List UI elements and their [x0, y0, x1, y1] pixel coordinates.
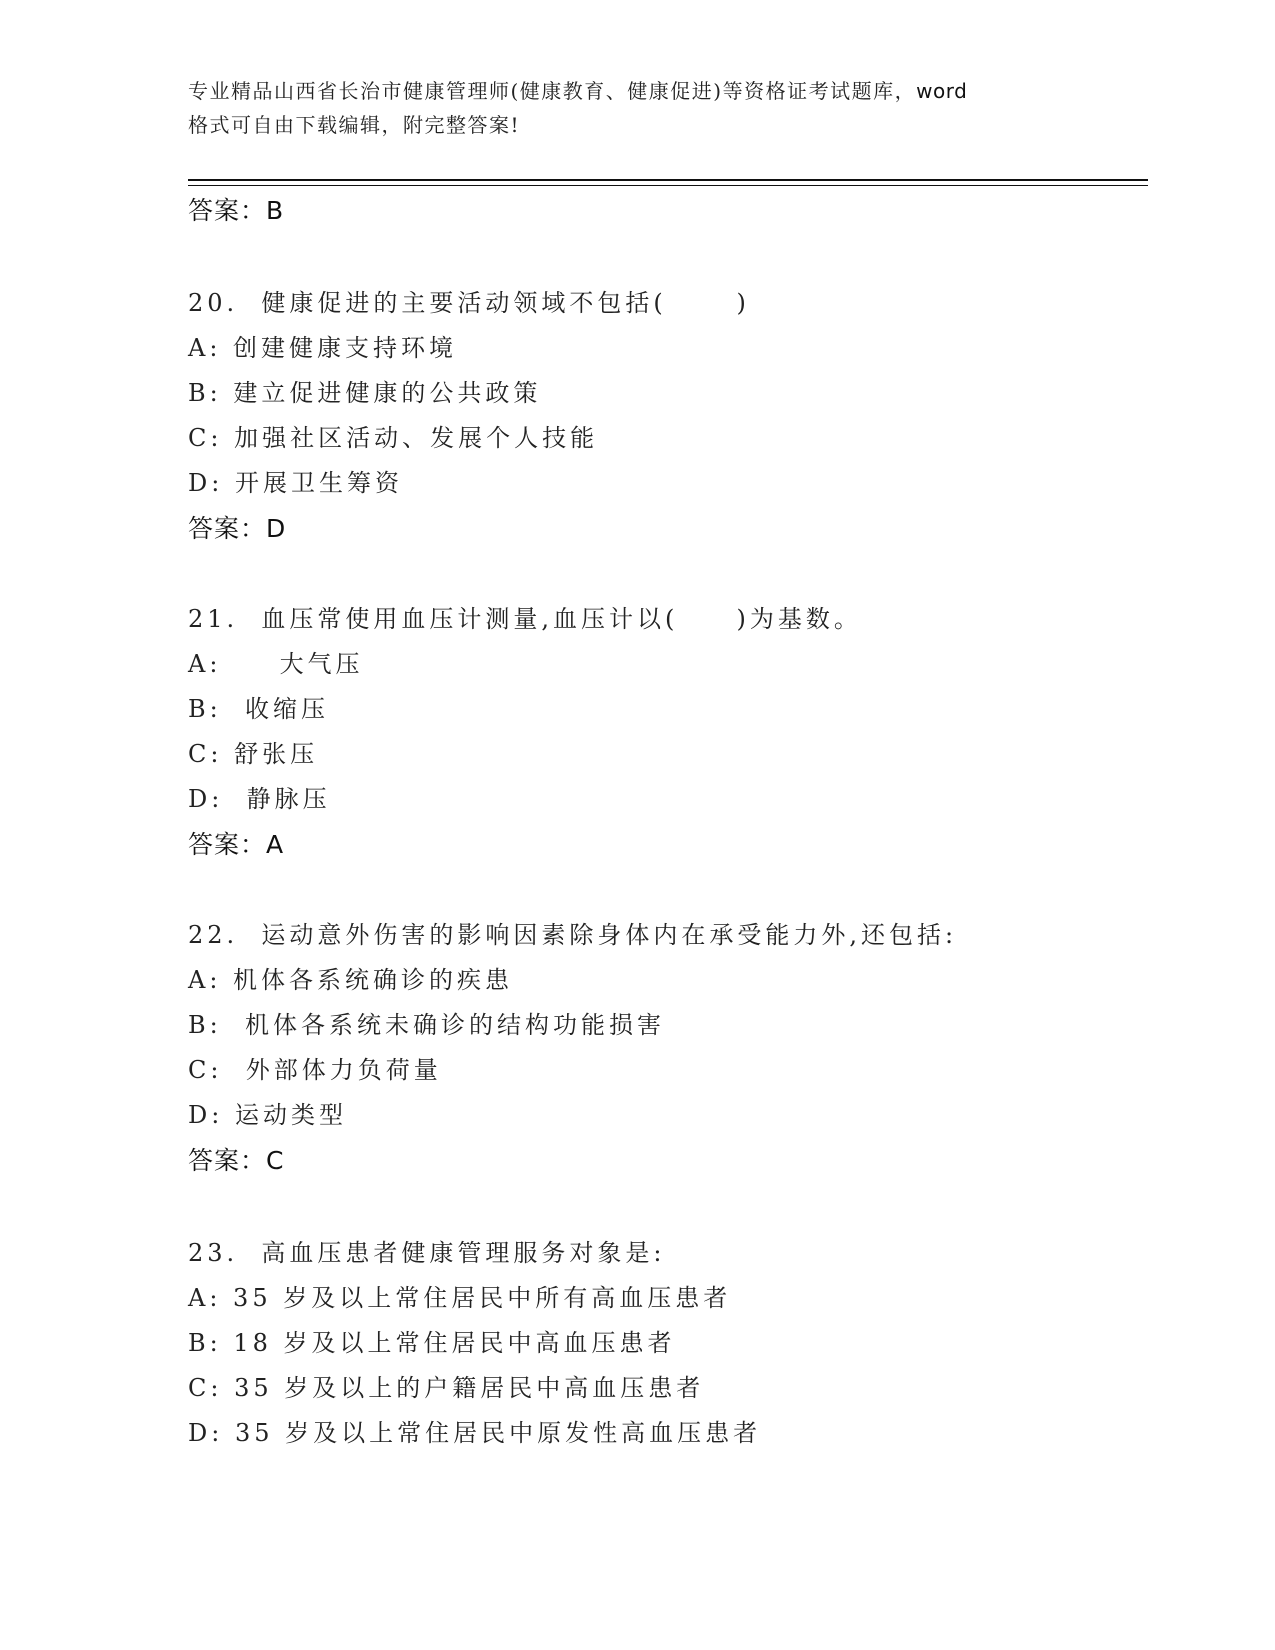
question-stem: 21. 血压常使用血压计测量,血压计以( )为基数。: [188, 604, 862, 634]
previous-answer: 答案：B: [188, 196, 284, 226]
header-line-2: 格式可自由下载编辑，附完整答案!: [188, 108, 1088, 142]
question-stem: 20. 健康促进的主要活动领域不包括( ): [188, 288, 750, 318]
header-line-1: 专业精品山西省长治市健康管理师(健康教育、健康促进)等资格证考试题库，word: [188, 74, 1088, 108]
option-b: B: 建立促进健康的公共政策: [188, 378, 541, 408]
option-a: A: 机体各系统确诊的疾患: [188, 965, 513, 995]
question-stem: 23. 高血压患者健康管理服务对象是:: [188, 1238, 666, 1268]
option-b: B: 机体各系统未确诊的结构功能损害: [188, 1010, 665, 1040]
option-a: A: 35 岁及以上常住居民中所有高血压患者: [188, 1283, 731, 1313]
option-c: C: 加强社区活动、发展个人技能: [188, 423, 598, 453]
option-d: D: 35 岁及以上常住居民中原发性高血压患者: [188, 1418, 761, 1448]
document-header: 专业精品山西省长治市健康管理师(健康教育、健康促进)等资格证考试题库，word …: [188, 74, 1088, 142]
option-d: D: 运动类型: [188, 1100, 347, 1130]
option-b: B: 18 岁及以上常住居民中高血压患者: [188, 1328, 676, 1358]
option-c: C: 舒张压: [188, 739, 318, 769]
option-d: D: 静脉压: [188, 784, 331, 814]
header-word-text: word: [916, 79, 967, 103]
question-stem: 22. 运动意外伤害的影响因素除身体内在承受能力外,还包括:: [188, 920, 957, 950]
header-title-text: 专业精品山西省长治市健康管理师(健康教育、健康促进)等资格证考试题库，: [188, 79, 916, 103]
header-double-rule: [188, 179, 1148, 186]
option-a: A: 创建健康支持环境: [188, 333, 457, 363]
option-c: C: 35 岁及以上的户籍居民中高血压患者: [188, 1373, 704, 1403]
option-b: B: 收缩压: [188, 694, 329, 724]
answer: 答案：C: [188, 1146, 284, 1176]
answer: 答案：D: [188, 514, 286, 544]
option-d: D: 开展卫生筹资: [188, 468, 403, 498]
answer: 答案：A: [188, 830, 284, 860]
option-a: A: 大气压: [188, 649, 364, 679]
option-c: C: 外部体力负荷量: [188, 1055, 442, 1085]
